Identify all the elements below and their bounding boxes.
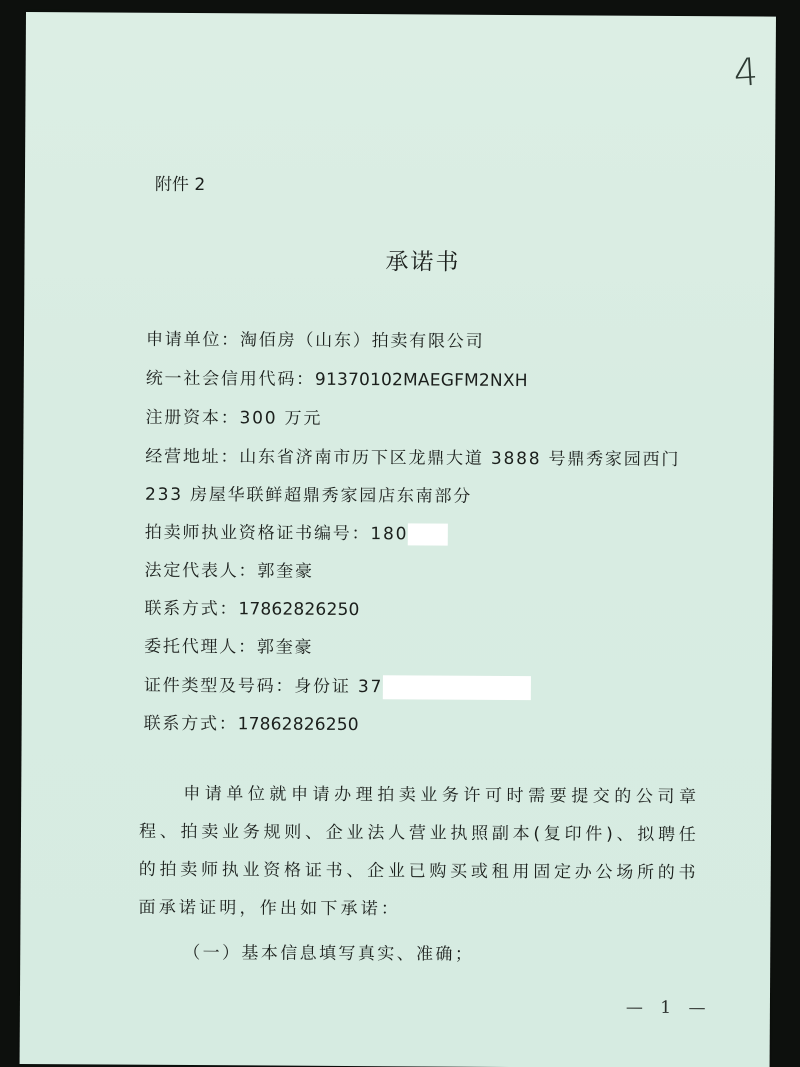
field-value: 淘佰房（山东）拍卖有限公司 (240, 330, 485, 351)
field-value: 山东省济南市历下区龙鼎大道 3888 号鼎秀家园西门 (239, 447, 680, 470)
field-value: 郭奎豪 (257, 637, 314, 657)
document-page: 4 附件 2 承诺书 申请单位：淘佰房（山东）拍卖有限公司 统一社会信用代码：9… (20, 12, 776, 1067)
field-label: 拍卖师执业资格证书编号： (145, 523, 371, 544)
redaction-box (383, 675, 531, 700)
field-label: 证件类型及号码： (144, 676, 295, 697)
field-value: 180 (370, 524, 408, 544)
field-registered-capital: 注册资本：300 万元 (145, 403, 322, 429)
field-value: 身份证 37 (294, 677, 383, 698)
attachment-label: 附件 2 (155, 170, 205, 195)
field-value: 郭奎豪 (257, 561, 314, 581)
field-value: 300 万元 (239, 408, 322, 429)
field-contact-1: 联系方式：17862826250 (144, 594, 359, 620)
field-legal-representative: 法定代表人：郭奎豪 (145, 556, 314, 582)
field-label: 注册资本： (145, 408, 239, 429)
field-applicant: 申请单位：淘佰房（山东）拍卖有限公司 (146, 325, 485, 352)
field-label: 经营地址： (145, 447, 239, 468)
document-title: 承诺书 (385, 243, 460, 276)
field-label: 统一社会信用代码： (146, 369, 315, 390)
field-contact-2: 联系方式：17862826250 (144, 709, 359, 735)
handwritten-page-mark: 4 (732, 50, 759, 95)
field-label: 联系方式： (144, 714, 238, 735)
redaction-box (408, 523, 448, 545)
field-id-type-number: 证件类型及号码：身份证 37 (144, 671, 531, 700)
field-business-address: 经营地址：山东省济南市历下区龙鼎大道 3888 号鼎秀家园西门 (145, 442, 680, 470)
field-value: 233 房屋华联鲜超鼎秀家园店东南部分 (145, 485, 472, 507)
field-label: 申请单位： (146, 330, 240, 351)
page-number: — 1 — (626, 998, 712, 1019)
field-value: 17862826250 (238, 599, 359, 620)
commitment-paragraph: 申请单位就申请办理拍卖业务许可时需要提交的公司章程、拍卖业务规则、企业法人营业执… (138, 775, 699, 930)
field-label: 联系方式： (144, 599, 238, 620)
field-label: 委托代理人： (144, 637, 257, 658)
field-value: 91370102MAEGFM2NXH (315, 370, 528, 391)
commitment-item-1: （一）基本信息填写真实、准确； (183, 938, 474, 965)
field-credit-code: 统一社会信用代码：91370102MAEGFM2NXH (146, 364, 528, 391)
field-auctioneer-cert-no: 拍卖师执业资格证书编号：180 (145, 518, 449, 546)
field-authorized-agent: 委托代理人：郭奎豪 (144, 632, 313, 658)
field-business-address-cont: 233 房屋华联鲜超鼎秀家园店东南部分 (145, 480, 472, 507)
field-value: 17862826250 (238, 714, 359, 735)
field-label: 法定代表人： (145, 561, 258, 582)
